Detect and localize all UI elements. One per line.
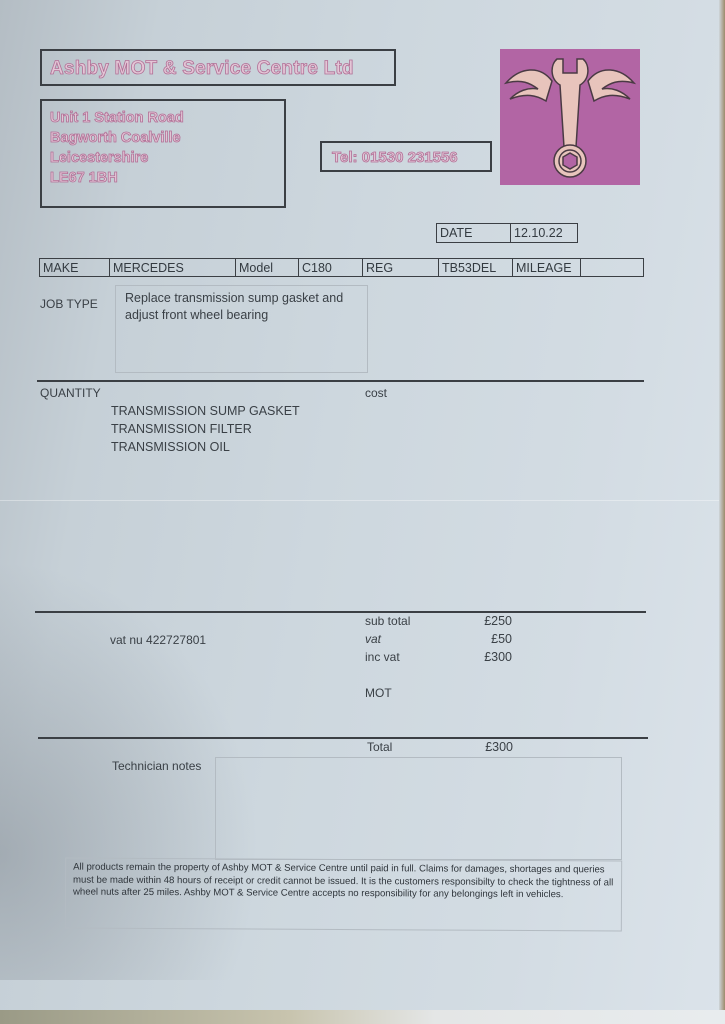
inc-vat-label: inc vat	[365, 650, 400, 664]
paper-edge	[719, 0, 725, 1024]
address-line: Bagworth Coalville	[50, 128, 276, 148]
background-surface	[0, 1010, 725, 1024]
date-label: DATE	[437, 224, 511, 243]
quantity-header: QUANTITY	[40, 386, 101, 400]
date-table: DATE 12.10.22	[436, 223, 578, 243]
section-divider	[38, 737, 648, 739]
total-label: Total	[367, 740, 392, 754]
mileage-value	[581, 259, 644, 277]
cost-header: cost	[365, 386, 387, 400]
date-value: 12.10.22	[511, 224, 578, 243]
terms-and-conditions: All products remain the property of Ashb…	[65, 858, 622, 932]
company-address-box: Unit 1 Station Road Bagworth Coalville L…	[40, 99, 286, 208]
company-logo	[500, 49, 640, 185]
model-value: C180	[299, 259, 363, 277]
vehicle-table: MAKE MERCEDES Model C180 REG TB53DEL MIL…	[39, 258, 644, 277]
technician-notes-box	[215, 757, 622, 860]
company-name-box: Ashby MOT & Service Centre Ltd	[40, 49, 396, 86]
inc-vat-value: £300	[452, 650, 512, 664]
vat-label: vat	[365, 632, 381, 646]
sub-total-value: £250	[452, 614, 512, 628]
parts-list: TRANSMISSION SUMP GASKET TRANSMISSION FI…	[111, 402, 300, 456]
total-value: £300	[453, 740, 513, 754]
section-divider	[35, 611, 646, 613]
mot-label: MOT	[365, 686, 392, 700]
part-item: TRANSMISSION OIL	[111, 438, 300, 456]
part-item: TRANSMISSION SUMP GASKET	[111, 402, 300, 420]
technician-notes-label: Technician notes	[112, 759, 201, 773]
winged-wrench-icon	[500, 49, 640, 185]
address-line: Unit 1 Station Road	[50, 108, 276, 128]
address-line: Leicestershire	[50, 148, 276, 168]
section-divider	[37, 380, 644, 382]
address-line: LE67 1BH	[50, 168, 276, 188]
reg-value: TB53DEL	[439, 259, 513, 277]
sub-total-label: sub total	[365, 614, 410, 628]
job-type-label: JOB TYPE	[40, 297, 98, 311]
make-label: MAKE	[40, 259, 110, 277]
mileage-label: MILEAGE	[513, 259, 581, 277]
telephone: Tel: 01530 231556	[332, 149, 458, 166]
part-item: TRANSMISSION FILTER	[111, 420, 300, 438]
telephone-box: Tel: 01530 231556	[320, 141, 492, 172]
model-label: Model	[236, 259, 299, 277]
job-description: Replace transmission sump gasket and adj…	[115, 285, 368, 373]
paper-fold	[0, 500, 725, 501]
company-name: Ashby MOT & Service Centre Ltd	[50, 58, 354, 80]
reg-label: REG	[363, 259, 439, 277]
vat-value: £50	[452, 632, 512, 646]
make-value: MERCEDES	[110, 259, 236, 277]
vat-number: vat nu 422727801	[110, 633, 206, 647]
